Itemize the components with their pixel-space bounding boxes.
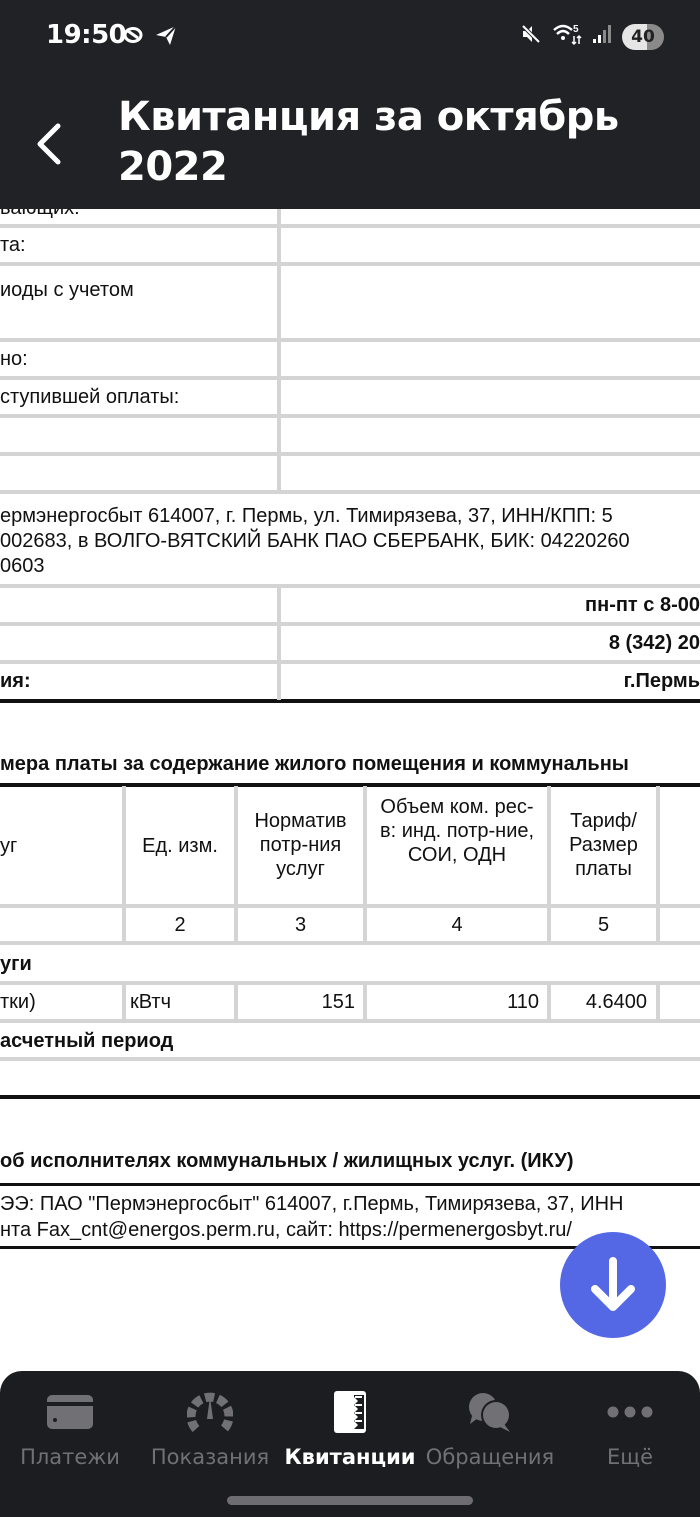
row-divider [0, 414, 700, 418]
group-row-bg [0, 945, 700, 981]
bank-details-line: 0603 [0, 554, 45, 578]
row-divider [0, 262, 700, 266]
row-divider [0, 452, 700, 456]
col-header-unit: Ед. изм. [126, 834, 234, 858]
wifi-icon: 5 [552, 22, 582, 51]
col-header-service: уг [0, 834, 17, 858]
info-label: та: [0, 233, 26, 257]
info-label: но: [0, 347, 28, 371]
scroll-down-button[interactable] [560, 1232, 666, 1338]
calc-section-title: мера платы за содержание жилого помещени… [0, 752, 629, 776]
row-divider [0, 981, 700, 985]
nav-tab-payments[interactable]: Платежи [0, 1389, 140, 1469]
col-number: 2 [126, 913, 234, 937]
col-number: 5 [551, 913, 656, 937]
provider-line: ЭЭ: ПАО "Пермэнергосбыт" 614007, г.Пермь… [0, 1192, 624, 1216]
svg-text:5: 5 [573, 24, 579, 35]
phone-number: 8 (342) 20 [609, 631, 700, 655]
back-button[interactable] [30, 118, 70, 170]
nav-tab-requests[interactable]: Обращения [420, 1389, 560, 1469]
row-divider [0, 338, 700, 342]
row-divider [0, 904, 700, 908]
providers-top-border [0, 1183, 700, 1186]
service-norm: 151 [238, 990, 355, 1014]
nav-tab-more[interactable]: Ещё [560, 1389, 700, 1469]
row-divider [0, 1057, 700, 1061]
status-time: 19:50 [46, 20, 126, 50]
table-top-border [0, 783, 700, 787]
nav-label: Обращения [426, 1445, 554, 1469]
info-label: иоды с учетом [0, 278, 134, 302]
battery-icon: 40 [622, 24, 664, 50]
col-divider [277, 586, 281, 700]
nav-tab-receipts[interactable]: Квитанции [280, 1389, 420, 1469]
nav-label: Показания [151, 1445, 269, 1469]
col-divider [277, 209, 281, 492]
signal-icon [592, 24, 612, 49]
mute-icon [520, 23, 542, 50]
provider-line[interactable]: нта Fax_cnt@energos.perm.ru, сайт: https… [0, 1218, 572, 1242]
col-header-tariff: Тариф/ Размер платы [551, 809, 656, 881]
arrow-down-icon [585, 1255, 641, 1315]
city-value: г.Пермь [624, 669, 700, 693]
row-divider [0, 622, 700, 626]
col-header-volume: Объем ком. рес-в: инд. потр-ние, СОИ, ОД… [367, 795, 547, 867]
col-header-norm: Норматив потр-ния услуг [238, 809, 363, 881]
period-title: асчетный период [0, 1029, 173, 1053]
section-divider [0, 699, 700, 703]
page-title: Квитанция за октябрь 2022 [118, 92, 658, 192]
nav-label: Ещё [607, 1445, 653, 1469]
meter-icon [187, 1391, 233, 1433]
row-divider [0, 584, 700, 588]
nav-tab-readings[interactable]: Показания [140, 1389, 280, 1469]
nav-label: Квитанции [284, 1445, 415, 1469]
receipt-icon [332, 1389, 368, 1435]
bank-details-line: 002683, в ВОЛГО-ВЯТСКИЙ БАНК ПАО СБЕРБАН… [0, 529, 630, 553]
group-title: уги [0, 952, 32, 976]
home-indicator[interactable] [227, 1496, 473, 1505]
sync-icon [122, 25, 144, 50]
more-icon [607, 1406, 653, 1418]
contact-label: ия: [0, 669, 31, 693]
row-divider [0, 660, 700, 664]
bank-details-line: ермэнергосбыт 614007, г. Пермь, ул. Тими… [0, 504, 613, 528]
col-number: 4 [367, 913, 547, 937]
service-tariff: 4.6400 [551, 990, 647, 1014]
chat-icon [466, 1390, 514, 1434]
row-divider [0, 490, 700, 494]
nav-label: Платежи [20, 1445, 120, 1469]
service-unit: кВтч [130, 990, 171, 1014]
telegram-icon [154, 24, 178, 51]
chevron-left-icon [30, 118, 70, 170]
row-divider [0, 376, 700, 380]
service-name: тки) [0, 990, 36, 1014]
app-header: 19:50 5 40 Квитанция за октябрь 2022 [0, 0, 700, 209]
info-label: ступившей оплаты: [0, 385, 179, 409]
row-divider [0, 224, 700, 228]
card-icon [47, 1395, 93, 1429]
col-number: 3 [238, 913, 363, 937]
service-volume: 110 [367, 990, 539, 1014]
table-bottom-border [0, 1095, 700, 1099]
providers-title: об исполнителях коммунальных / жилищных … [0, 1149, 574, 1173]
work-hours: пн-пт с 8-00 [585, 593, 700, 617]
